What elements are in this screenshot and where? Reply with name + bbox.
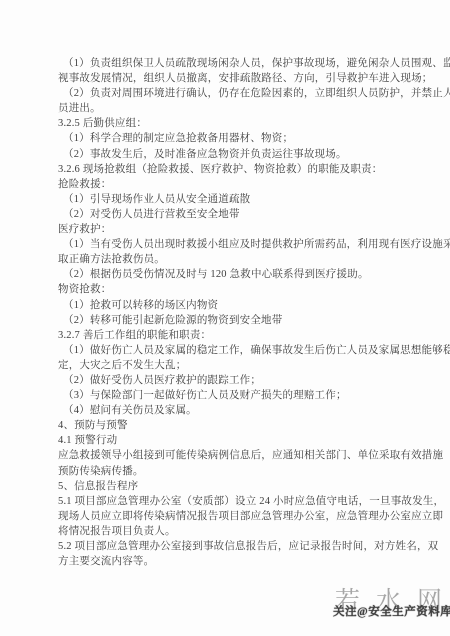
doc-line: 员进出。: [58, 101, 394, 116]
doc-line: （2）对受伤人员进行营救至安全地带: [58, 207, 394, 222]
doc-line: 预防传染病传播。: [58, 464, 394, 479]
doc-line: （3）与保险部门一起做好伤亡人员及财产损失的理赔工作；: [58, 388, 394, 403]
doc-line: （1）抢救可以转移的场区内物资: [58, 298, 394, 313]
doc-line: （1）当有受伤人员出现时救援小组应及时提供救护所需药品，利用现有医疗设施采: [58, 237, 394, 252]
doc-line: 取正确方法抢救伤员。: [58, 252, 394, 267]
doc-line: （1）科学合理的制定应急抢救备用器材、物资；: [58, 131, 394, 146]
doc-line: 5.1 项目部应急管理办公室（安质部）设立 24 小时应急值守电话，一旦事故发生…: [58, 494, 394, 509]
doc-subheading: 医疗救护：: [58, 222, 394, 237]
doc-line: （1）负责组织保卫人员疏散现场闲杂人员，保护事故现场，避免闲杂人员围观、监: [58, 56, 394, 71]
doc-line: 现场人员应立即将传染病情况报告项目部应急管理办公室，应急管理办公室应立即: [58, 509, 394, 524]
watermark-underline-marks: [338, 627, 448, 632]
doc-line: 应急救援领导小组接到可能传染病例信息后，应通知相关部门、单位采取有效措施: [58, 448, 394, 463]
watermark: 若水网 关注@安全生产资料库: [320, 576, 450, 636]
doc-line: （1）做好伤亡人员及家属的稳定工作，确保事故发生后伤亡人员及家属思想能够稳: [58, 343, 394, 358]
doc-line: （2）转移可能引起新危险源的物资到安全地带: [58, 313, 394, 328]
doc-subheading: 抢险救援：: [58, 177, 394, 192]
doc-line: 将情况报告项目负责人。: [58, 524, 394, 539]
doc-line: （2）事故发生后，及时准备应急物资并负责运往事故现场。: [58, 147, 394, 162]
document-body: （1）负责组织保卫人员疏散现场闲杂人员，保护事故现场，避免闲杂人员围观、监 视事…: [58, 56, 394, 569]
doc-line: 视事故发展情况，组织人员撤离，安排疏散路径、方向，引导救护车进入现场；: [58, 71, 394, 86]
doc-line: （2）做好受伤人员医疗救护的跟踪工作；: [58, 373, 394, 388]
doc-line: 方主要交流内容等。: [58, 554, 394, 569]
doc-line: （2）根据伤员受伤情况及时与 120 急救中心联系得到医疗援助。: [58, 267, 394, 282]
doc-line: （2）负责对周围环境进行确认，仍存在危险因素的，立即组织人员防护，并禁止人: [58, 86, 394, 101]
doc-section-heading: 3.2.6 现场抢救组（抢险救援、医疗救护、物资抢救）的职能及职责：: [58, 162, 394, 177]
doc-line: （4）慰问有关伤员及家属。: [58, 403, 394, 418]
watermark-social-handle: 关注@安全生产资料库: [333, 606, 450, 619]
document-page: （1）负责组织保卫人员疏散现场闲杂人员，保护事故现场，避免闲杂人员围观、监 视事…: [0, 0, 450, 636]
doc-line: 定，大灾之后不发生大乱；: [58, 358, 394, 373]
doc-chapter-heading: 5、信息报告程序: [58, 479, 394, 494]
doc-line: （1）引导现场作业人员从安全通道疏散: [58, 192, 394, 207]
doc-section-heading: 3.2.7 善后工作组的职能和职责：: [58, 328, 394, 343]
doc-section-heading: 3.2.5 后勤供应组：: [58, 116, 394, 131]
doc-subheading: 物资抢救：: [58, 282, 394, 297]
doc-line: 5.2 项目部应急管理办公室接到事故信息报告后，应记录报告时间，对方姓名，双: [58, 539, 394, 554]
doc-chapter-heading: 4、预防与预警: [58, 418, 394, 433]
doc-section-heading: 4.1 预警行动: [58, 433, 394, 448]
